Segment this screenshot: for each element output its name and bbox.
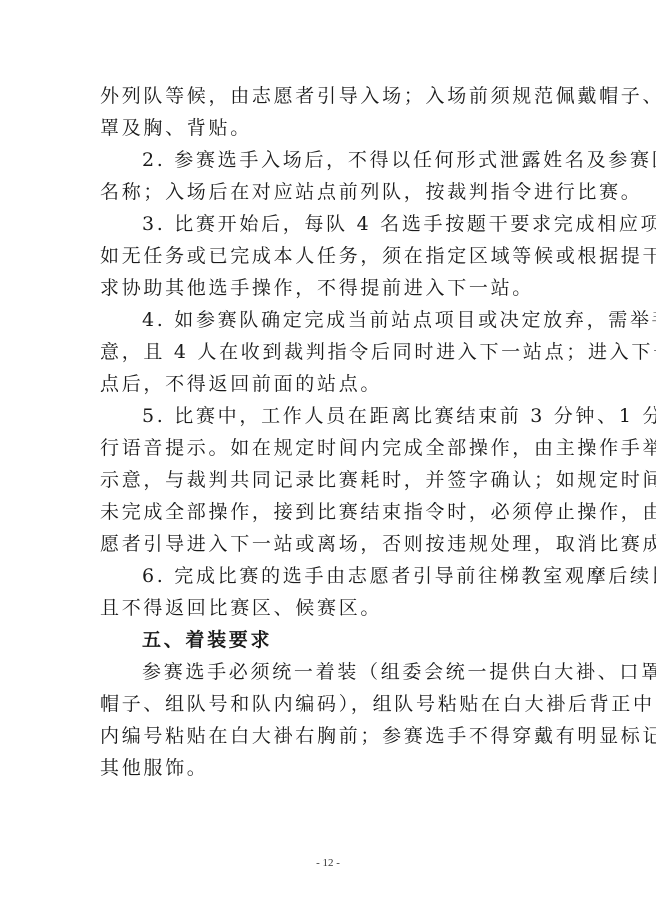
paragraph-item-4: 4. 如参赛队确定完成当前站点项目或决定放弃，需举手示 bbox=[100, 304, 584, 336]
paragraph-item-2: 2. 参赛选手入场后，不得以任何形式泄露姓名及参赛医院 bbox=[100, 144, 584, 176]
page-number: - 12 - bbox=[0, 857, 656, 869]
paragraph-item-5: 5. 比赛中，工作人员在距离比赛结束前 3 分钟、1 分钟时进 bbox=[100, 400, 584, 432]
paragraph-item-6: 6. 完成比赛的选手由志愿者引导前往梯教室观摩后续比赛， bbox=[100, 560, 584, 592]
text-line: 罩及胸、背贴。 bbox=[100, 112, 584, 144]
paragraph-dress-code: 参赛选手必须统一着装（组委会统一提供白大褂、口罩、 bbox=[100, 656, 584, 688]
text-line: 外列队等候，由志愿者引导入场；入场前须规范佩戴帽子、口 bbox=[100, 80, 584, 112]
text-line: 示意，与裁判共同记录比赛耗时，并签字确认；如规定时间内 bbox=[100, 464, 584, 496]
paragraph-item-3: 3. 比赛开始后，每队 4 名选手按题干要求完成相应项目。 bbox=[100, 208, 584, 240]
text-line: 且不得返回比赛区、候赛区。 bbox=[100, 592, 584, 624]
text-line: 意，且 4 人在收到裁判指令后同时进入下一站点；进入下一站 bbox=[100, 336, 584, 368]
text-line: 行语音提示。如在规定时间内完成全部操作，由主操作手举手 bbox=[100, 432, 584, 464]
text-line: 未完成全部操作，接到比赛结束指令时，必须停止操作，由志 bbox=[100, 496, 584, 528]
text-line: 帽子、组队号和队内编码），组队号粘贴在白大褂后背正中，队 bbox=[100, 688, 584, 720]
section-heading: 五、着装要求 bbox=[100, 624, 584, 656]
document-page: 外列队等候，由志愿者引导入场；入场前须规范佩戴帽子、口 罩及胸、背贴。 2. 参… bbox=[0, 0, 656, 920]
text-line: 名称；入场后在对应站点前列队，按裁判指令进行比赛。 bbox=[100, 176, 584, 208]
text-line: 其他服饰。 bbox=[100, 752, 584, 784]
text-line: 求协助其他选手操作，不得提前进入下一站。 bbox=[100, 272, 584, 304]
text-line: 愿者引导进入下一站或离场，否则按违规处理，取消比赛成绩。 bbox=[100, 528, 584, 560]
text-line: 如无任务或已完成本人任务，须在指定区域等候或根据提干要 bbox=[100, 240, 584, 272]
text-line: 点后，不得返回前面的站点。 bbox=[100, 368, 584, 400]
document-body: 外列队等候，由志愿者引导入场；入场前须规范佩戴帽子、口 罩及胸、背贴。 2. 参… bbox=[100, 80, 584, 784]
text-line: 内编号粘贴在白大褂右胸前；参赛选手不得穿戴有明显标记的 bbox=[100, 720, 584, 752]
